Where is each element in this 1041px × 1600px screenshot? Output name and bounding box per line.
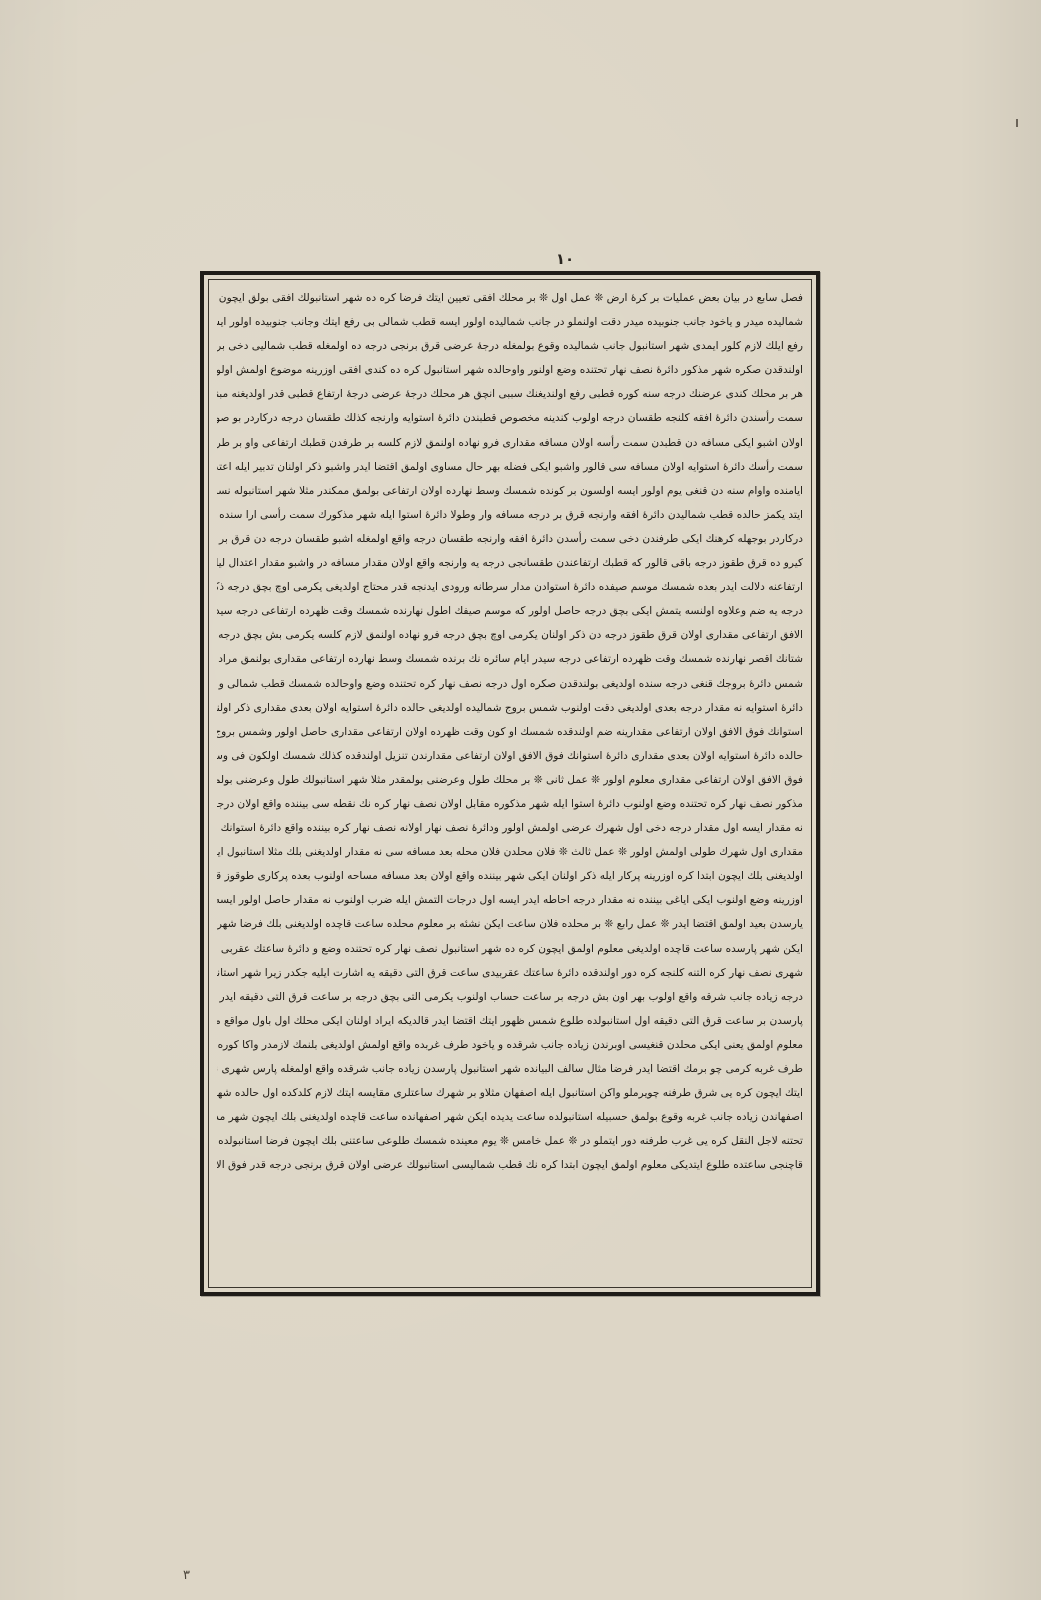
text-line: تحتنه لاجل النقل کره یی غرب طرفنه دور ای…	[217, 1129, 803, 1153]
text-line: فوق الافق اولان ارتفاعی مقداری معلوم اول…	[217, 768, 803, 792]
margin-mark	[1016, 119, 1018, 127]
text-line: ایامنده واوام سنه دن قنغی یوم اولور ایسه…	[217, 479, 803, 503]
text-line: درجه یه ضم وعلاوه اولنسه یتمش ایکی بچق د…	[217, 599, 803, 623]
text-line: معلوم اولمق یعنی ایکی محلدن قنغیسی اوبرن…	[217, 1033, 803, 1057]
text-line: اولدیغنی بلك ایچون ابتدا کره اوزرینه پرک…	[217, 864, 803, 888]
signature-mark: ٣	[183, 1568, 190, 1583]
text-line: شمس دائرهٔ بروجك قنغی درجه سنده اولدیغی …	[217, 672, 803, 696]
text-line: پارسدن بر ساعت قرق التی دقیقه اول استانب…	[217, 1009, 803, 1033]
body-text: فصل سابع در بیان بعض عملیات بر کرهٔ ارض …	[217, 286, 803, 1177]
text-line: اولندقدن صکره شهر مذکور دائرهٔ نصف نهار …	[217, 358, 803, 382]
text-line: ایتد یکمز حالده قطب شمالیدن دائرهٔ افقه …	[217, 503, 803, 527]
text-frame-inner-rule: فصل سابع در بیان بعض عملیات بر کرهٔ ارض …	[208, 279, 812, 1288]
text-line: دائرهٔ استوایه نه مقدار درجه بعدی اولدیغ…	[217, 696, 803, 720]
text-line: شمالیده میدر و یاخود جانب جنوبیده میدر د…	[217, 310, 803, 334]
text-line: الافق ارتفاعی مقداری اولان قرق طقوز درجه…	[217, 623, 803, 647]
text-line: شتانك اقصر نهارنده شمسك وقت ظهرده ارتفاع…	[217, 647, 803, 671]
text-line: ایکن شهر پارسده ساعت قاچده اولدیغی معلوم…	[217, 937, 803, 961]
text-line: درکاردر بوجهله کرهنك ایکی طرفندن دخی سمت…	[217, 527, 803, 551]
page-number: ١٠	[553, 250, 577, 268]
text-line: سمت رأسندن دائرهٔ افقه کلنجه طقسان درجه …	[217, 406, 803, 430]
text-line: رفع ایلك لازم کلور ایمدی شهر استانبول جا…	[217, 334, 803, 358]
text-line: ایتك ایچون کره یی شرق طرفنه چویرملو واکن…	[217, 1081, 803, 1105]
text-line: حالده دائرهٔ استوایه اولان بعدی مقداری د…	[217, 744, 803, 768]
text-line: قاچنجی ساعتده طلوع ایتدیکی معلوم اولمق ا…	[217, 1153, 803, 1177]
text-line: کیرو ده قرق طقوز درجه باقی قالور که قطبك…	[217, 551, 803, 575]
text-line: اوزرینه وضع اولنوب ایکی ایاغی بیننده نه …	[217, 888, 803, 912]
text-line: ارتفاعنه دلالت ایدر بعده شمسك موسم صیفده…	[217, 575, 803, 599]
text-line: درجه زیاده جانب شرقه واقع اولوب بهر اون …	[217, 985, 803, 1009]
text-line: مقداری اول شهرك طولی اولمش اولور ❊ عمل ث…	[217, 840, 803, 864]
text-line: سمت رأسك دائرهٔ استوایه اولان مسافه سی ق…	[217, 455, 803, 479]
text-line: شهری نصف نهار کره التنه کلنجه کره دور او…	[217, 961, 803, 985]
text-frame: فصل سابع در بیان بعض عملیات بر کرهٔ ارض …	[200, 271, 820, 1296]
text-line: هر بر محلك کندی عرضنك درجه سنه کوره قطبی…	[217, 382, 803, 406]
text-line: یارسدن بعید اولمق اقتضا ایدر ❊ عمل رابع …	[217, 912, 803, 936]
text-line: فصل سابع در بیان بعض عملیات بر کرهٔ ارض …	[217, 286, 803, 310]
text-line: طرف غربه کرمی چو برمك اقتضا ایدر فرضا مث…	[217, 1057, 803, 1081]
text-line: نه مقدار ایسه اول مقدار درجه دخی اول شهر…	[217, 816, 803, 840]
text-line: استوانك فوق الافق اولان ارتفاعی مقدارینه…	[217, 720, 803, 744]
text-line: اولان اشبو ایکی مسافه دن قطبدن سمت رأسه …	[217, 431, 803, 455]
text-line: اصفهاندن زیاده جانب غربه وقوع بولمق حسبی…	[217, 1105, 803, 1129]
text-line: مذکور نصف نهار کره تحتنده وضع اولنوب دائ…	[217, 792, 803, 816]
